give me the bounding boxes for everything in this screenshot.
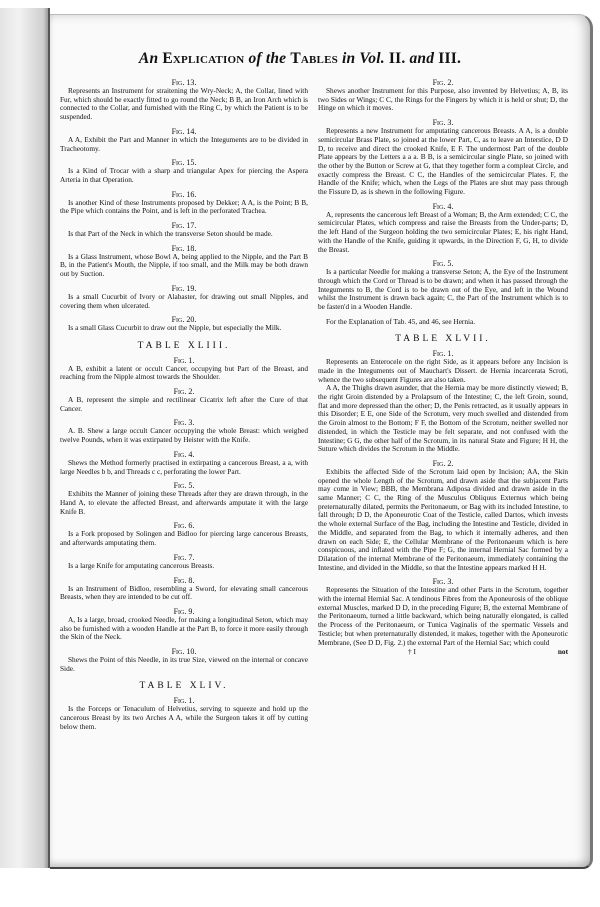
page-title: An Explication of the Tables in Vol. II.… xyxy=(0,50,600,68)
figure-description: Is a Glass Instrument, whose Bowl A, bei… xyxy=(60,253,308,279)
figure-description: Represents an Enterocele on the right Si… xyxy=(318,358,568,384)
left-text-column: Fig. 13.Represents an Instrument for str… xyxy=(60,78,308,731)
signature-mark: † I xyxy=(318,648,416,657)
table-heading: TABLE XLIV. xyxy=(60,682,308,691)
catchword: not xyxy=(558,648,568,657)
title-word: II. xyxy=(389,50,406,67)
facing-page-edge xyxy=(0,8,50,868)
figure-description: Is an Instrument of Bidloo, resembling a… xyxy=(60,585,308,602)
figure-description: Is a Fork proposed by Solingen and Bidlo… xyxy=(60,530,308,547)
figure-description: A A, Exhibit the Part and Manner in whic… xyxy=(60,136,308,153)
figure-description: A A, the Thighs drawn asunder, that the … xyxy=(318,384,568,454)
title-word: An xyxy=(139,50,158,67)
figure-description: A, Is a large, broad, crooked Needle, fo… xyxy=(60,616,308,642)
title-word: Explication xyxy=(162,50,244,67)
figure-description: Represents an Instrument for straitening… xyxy=(60,87,308,122)
figure-description: A. B. Shew a large occult Cancer occupyi… xyxy=(60,427,308,444)
figure-description: Is the Forceps or Tenaculum of Helvetius… xyxy=(60,705,308,731)
figure-description: A B, exhibit a latent or occult Cancer, … xyxy=(60,365,308,382)
cross-reference-note: For the Explanation of Tab. 45, and 46, … xyxy=(318,318,568,327)
figure-description: Is a particular Needle for making a tran… xyxy=(318,268,568,312)
figure-description: Is a small Glass Cucurbit to draw out th… xyxy=(60,324,308,333)
title-word: in xyxy=(342,50,355,67)
title-word: III. xyxy=(438,50,461,67)
figure-description: Shews another Instrument for this Purpos… xyxy=(318,87,568,113)
figure-description: Shews the Method formerly practised in e… xyxy=(60,459,308,476)
figure-description: Exhibits the Manner of joining these Thr… xyxy=(60,490,308,516)
figure-description: Is a small Cucurbit of Ivory or Alabaste… xyxy=(60,293,308,310)
figure-description: Is that Part of the Neck in which the tr… xyxy=(60,230,308,239)
title-word: Vol. xyxy=(359,50,384,67)
page-footer: † I not xyxy=(318,648,568,657)
table-heading: TABLE XLVII. xyxy=(318,335,568,344)
figure-description: Represents the Situation of the Intestin… xyxy=(318,586,568,647)
figure-description: Is a large Knife for amputating cancerou… xyxy=(60,562,308,571)
figure-description: Is a Kind of Trocar with a sharp and tri… xyxy=(60,167,308,184)
figure-description: Exhibits the affected Side of the Scrotu… xyxy=(318,468,568,572)
figure-description: Is another Kind of these Instruments pro… xyxy=(60,199,308,216)
figure-description: Represents a new Instrument for amputati… xyxy=(318,127,568,197)
title-word: Tables xyxy=(290,50,338,67)
figure-description: A, represents the cancerous left Breast … xyxy=(318,211,568,255)
figure-description: A B, represent the simple and rectilinea… xyxy=(60,396,308,413)
title-word: of the xyxy=(248,50,286,67)
figure-description: Shews the Point of this Needle, in its t… xyxy=(60,656,308,673)
right-text-column: Fig. 2.Shews another Instrument for this… xyxy=(318,78,568,657)
title-word: and xyxy=(409,50,434,67)
table-heading: TABLE XLIII. xyxy=(60,342,308,351)
